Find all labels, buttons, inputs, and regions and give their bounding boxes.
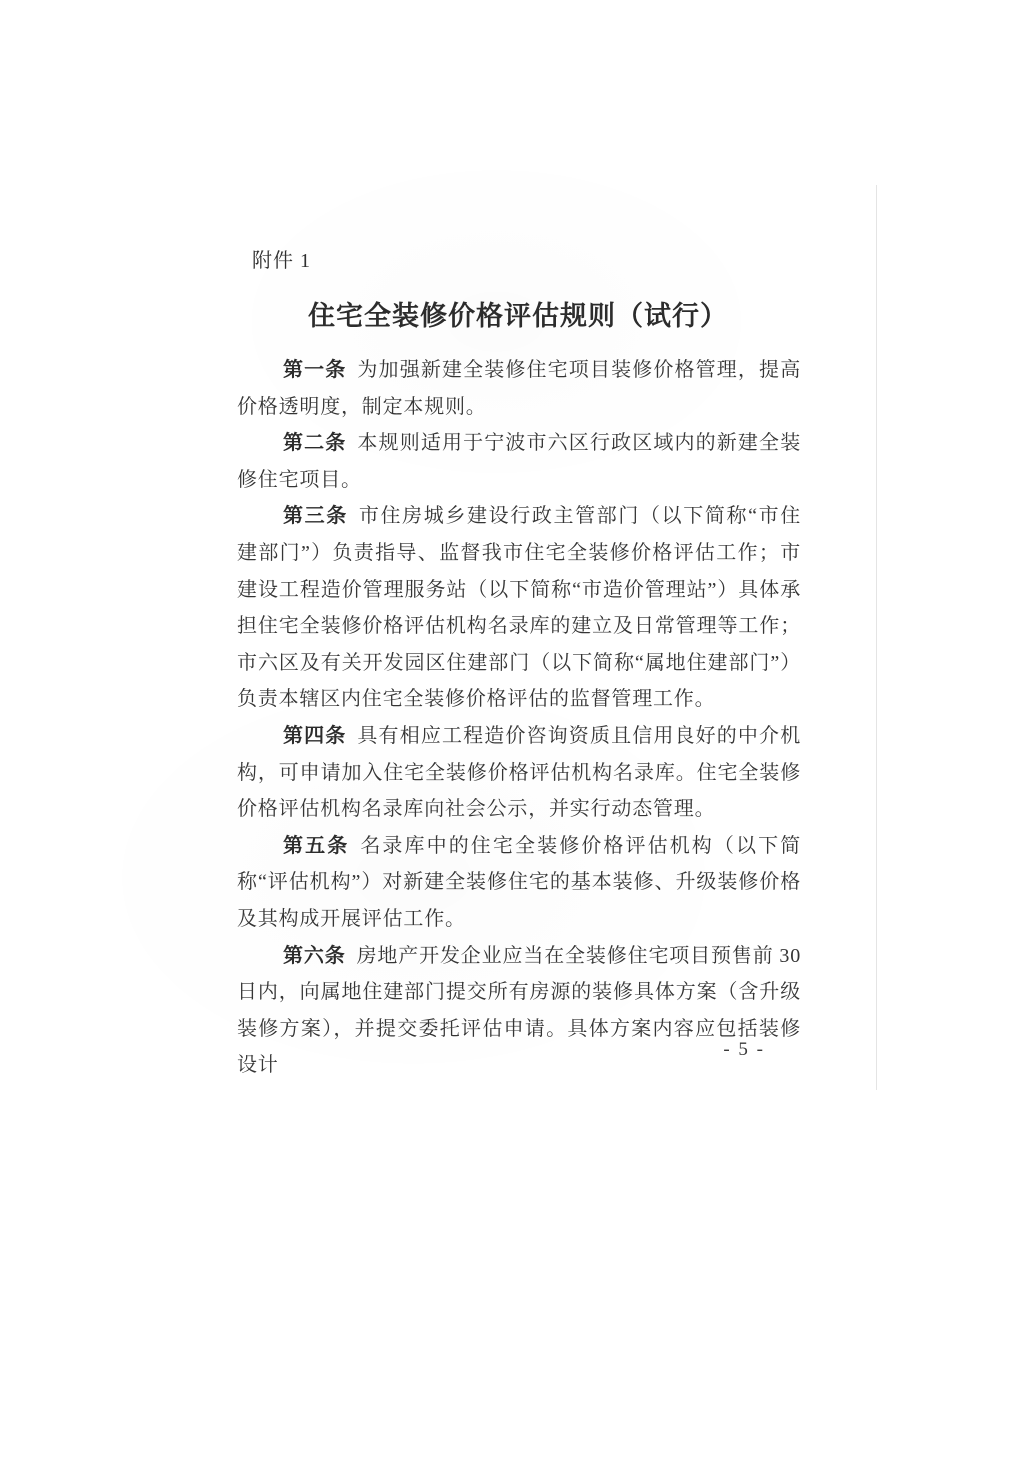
article-heading: 第二条: [283, 432, 346, 454]
article-paragraph: 第一条为加强新建全装修住宅项目装修价格管理，提高价格透明度，制定本规则。: [237, 352, 801, 425]
attachment-label: 附件 1: [252, 244, 311, 273]
page-number: - 5 -: [237, 1039, 801, 1061]
scanned-page: 附件 1 住宅全装修价格评估规则（试行） 第一条为加强新建全装修住宅项目装修价格…: [0, 0, 1034, 1462]
articles: 第一条为加强新建全装修住宅项目装修价格管理，提高价格透明度，制定本规则。第二条本…: [237, 352, 801, 1084]
article-paragraph: 第三条市住房城乡建设行政主管部门（以下简称“市住建部门”）负责指导、监督我市住宅…: [237, 498, 801, 718]
document-title: 住宅全装修价格评估规则（试行）: [218, 294, 818, 333]
article-paragraph: 第六条房地产开发企业应当在全装修住宅项目预售前 30 日内，向属地住建部门提交所…: [237, 938, 801, 1084]
article-heading: 第一条: [283, 359, 346, 381]
article-heading: 第五条: [283, 835, 349, 857]
scan-page-edge-line: [876, 185, 877, 1090]
article-heading: 第四条: [283, 725, 346, 747]
article-heading: 第六条: [283, 945, 346, 967]
article-paragraph: 第二条本规则适用于宁波市六区行政区域内的新建全装修住宅项目。: [237, 425, 801, 498]
article-heading: 第三条: [283, 505, 348, 527]
article-paragraph: 第五条名录库中的住宅全装修价格评估机构（以下简称“评估机构”）对新建全装修住宅的…: [237, 828, 801, 938]
article-paragraph: 第四条具有相应工程造价咨询资质且信用良好的中介机构，可申请加入住宅全装修价格评估…: [237, 718, 801, 828]
